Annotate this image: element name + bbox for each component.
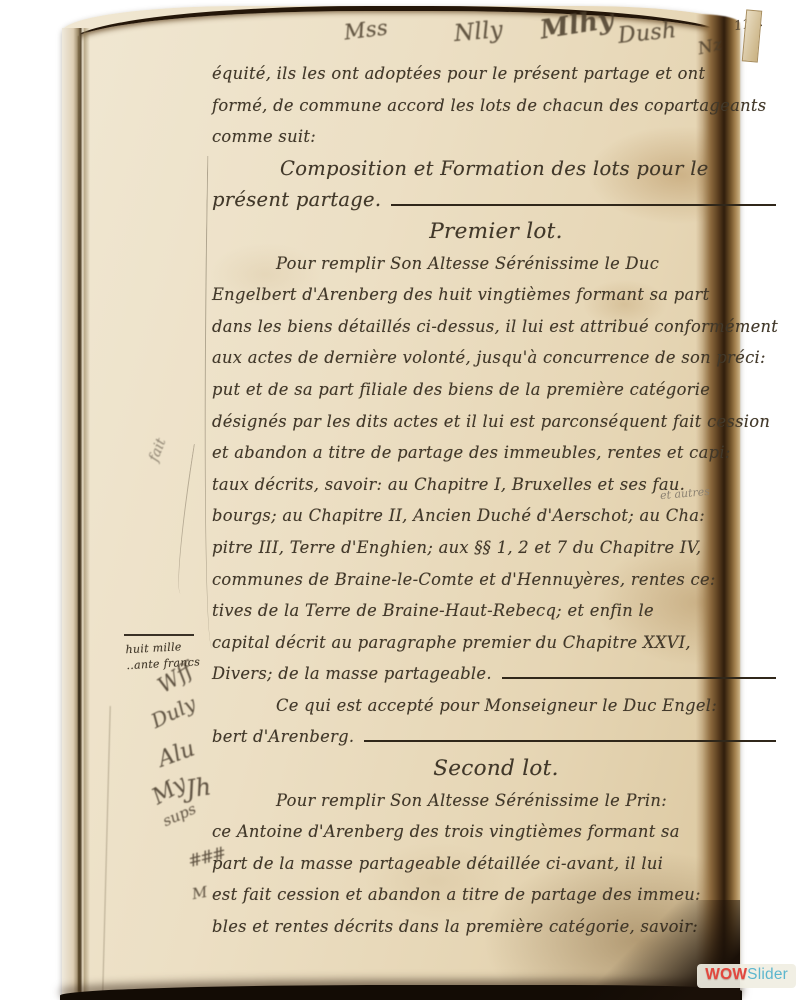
line-text: capital décrit au paragraphe premier du … bbox=[212, 627, 691, 659]
line-text: dans les biens détaillés ci-dessus, il l… bbox=[212, 311, 778, 343]
margin-paraph: M bbox=[191, 883, 209, 903]
protruding-page-sliver bbox=[742, 9, 762, 62]
manuscript-line: pitre III, Terre d'Enghien; aux §§ 1, 2 … bbox=[212, 532, 780, 564]
manuscript-text: équité, ils les ont adoptées pour le pré… bbox=[212, 58, 780, 943]
manuscript-line: bert d'Arenberg. bbox=[212, 721, 780, 753]
margin-pencil-line bbox=[170, 444, 206, 594]
line-text: Pour remplir Son Altesse Sérénissime le … bbox=[276, 785, 667, 817]
margin-paraph: Duly bbox=[147, 691, 199, 733]
line-text: bourgs; au Chapitre II, Ancien Duché d'A… bbox=[212, 500, 705, 532]
book-page-photo: Mss Nlly Mlhy Dush Nz 113. équité, ils l… bbox=[62, 6, 740, 1000]
manuscript-line: dans les biens détaillés ci-dessus, il l… bbox=[212, 311, 780, 343]
manuscript-line: ce Antoine d'Arenberg des trois vingtièm… bbox=[212, 816, 780, 848]
line-text: ce Antoine d'Arenberg des trois vingtièm… bbox=[212, 816, 680, 848]
line-text: Second lot. bbox=[433, 753, 558, 785]
manuscript-line: Composition et Formation des lots pour l… bbox=[212, 153, 780, 185]
manuscript-line: put et de sa part filiale des biens de l… bbox=[212, 374, 780, 406]
gutter-crease-line bbox=[78, 36, 80, 992]
manuscript-line: formé, de commune accord les lots de cha… bbox=[212, 90, 780, 122]
watermark-wow-text: WOW bbox=[705, 966, 747, 983]
manuscript-line: Divers; de la masse partageable. bbox=[212, 658, 780, 690]
line-text: communes de Braine-le-Comte et d'Hennuyè… bbox=[212, 564, 716, 596]
manuscript-line: capital décrit au paragraphe premier du … bbox=[212, 627, 780, 659]
manuscript-line: Ce qui est accepté pour Monseigneur le D… bbox=[212, 690, 780, 722]
line-text: taux décrits, savoir: au Chapitre I, Bru… bbox=[212, 469, 685, 501]
manuscript-line: comme suit: bbox=[212, 121, 780, 153]
line-text: tives de la Terre de Braine-Haut-Rebecq;… bbox=[212, 595, 654, 627]
ink-rule bbox=[502, 677, 776, 679]
line-text: formé, de commune accord les lots de cha… bbox=[212, 90, 766, 122]
manuscript-line: Pour remplir Son Altesse Sérénissime le … bbox=[212, 248, 780, 280]
line-text: désignés par les dits actes et il lui es… bbox=[212, 406, 770, 438]
wowslider-watermark-link[interactable]: WOWSlider bbox=[697, 964, 796, 988]
line-text: pitre III, Terre d'Enghien; aux §§ 1, 2 … bbox=[212, 532, 701, 564]
manuscript-line: et abandon a titre de partage des immeub… bbox=[212, 437, 780, 469]
manuscript-line: Second lot. bbox=[212, 753, 780, 785]
manuscript-line: bourgs; au Chapitre II, Ancien Duché d'A… bbox=[212, 500, 780, 532]
margin-note-rule bbox=[124, 634, 194, 636]
manuscript-line: présent partage. bbox=[212, 184, 780, 216]
watermark-slider-text: Slider bbox=[747, 966, 788, 983]
header-paraph: Nlly bbox=[453, 17, 504, 47]
manuscript-line: Engelbert d'Arenberg des huit vingtièmes… bbox=[212, 279, 780, 311]
line-text: équité, ils les ont adoptées pour le pré… bbox=[212, 58, 705, 90]
line-text: part de la masse partageable détaillée c… bbox=[212, 848, 663, 880]
line-text: Pour remplir Son Altesse Sérénissime le … bbox=[276, 248, 659, 280]
line-text: aux actes de dernière volonté, jusqu'à c… bbox=[212, 342, 766, 374]
manuscript-line: Pour remplir Son Altesse Sérénissime le … bbox=[212, 785, 780, 817]
manuscript-line: part de la masse partageable détaillée c… bbox=[212, 848, 780, 880]
manuscript-line: aux actes de dernière volonté, jusqu'à c… bbox=[212, 342, 780, 374]
line-text: Divers; de la masse partageable. bbox=[212, 658, 492, 690]
manuscript-line: Premier lot. bbox=[212, 216, 780, 248]
line-text: comme suit: bbox=[212, 121, 316, 153]
manuscript-line: communes de Braine-le-Comte et d'Hennuyè… bbox=[212, 564, 780, 596]
ink-rule bbox=[391, 204, 776, 206]
line-text: Ce qui est accepté pour Monseigneur le D… bbox=[276, 690, 717, 722]
page-fold-crease bbox=[102, 706, 110, 992]
ink-rule bbox=[364, 740, 776, 742]
manuscript-line: tives de la Terre de Braine-Haut-Rebecq;… bbox=[212, 595, 780, 627]
line-text: Premier lot. bbox=[429, 216, 562, 248]
manuscript-line: équité, ils les ont adoptées pour le pré… bbox=[212, 58, 780, 90]
line-text: Composition et Formation des lots pour l… bbox=[280, 153, 709, 185]
line-text: put et de sa part filiale des biens de l… bbox=[212, 374, 710, 406]
line-text: présent partage. bbox=[212, 184, 381, 216]
binding-gutter bbox=[62, 28, 90, 1000]
margin-paraph: Jh bbox=[184, 772, 213, 803]
line-text: bert d'Arenberg. bbox=[212, 721, 354, 753]
margin-paraph: Alu bbox=[155, 736, 198, 772]
line-text: Engelbert d'Arenberg des huit vingtièmes… bbox=[212, 279, 709, 311]
screenshot-root: { "manuscript": { "page_number": "113.",… bbox=[0, 0, 800, 1000]
margin-pencil-scribble: fait bbox=[146, 436, 170, 464]
manuscript-line: désignés par les dits actes et il lui es… bbox=[212, 406, 780, 438]
line-text: et abandon a titre de partage des immeub… bbox=[212, 437, 731, 469]
